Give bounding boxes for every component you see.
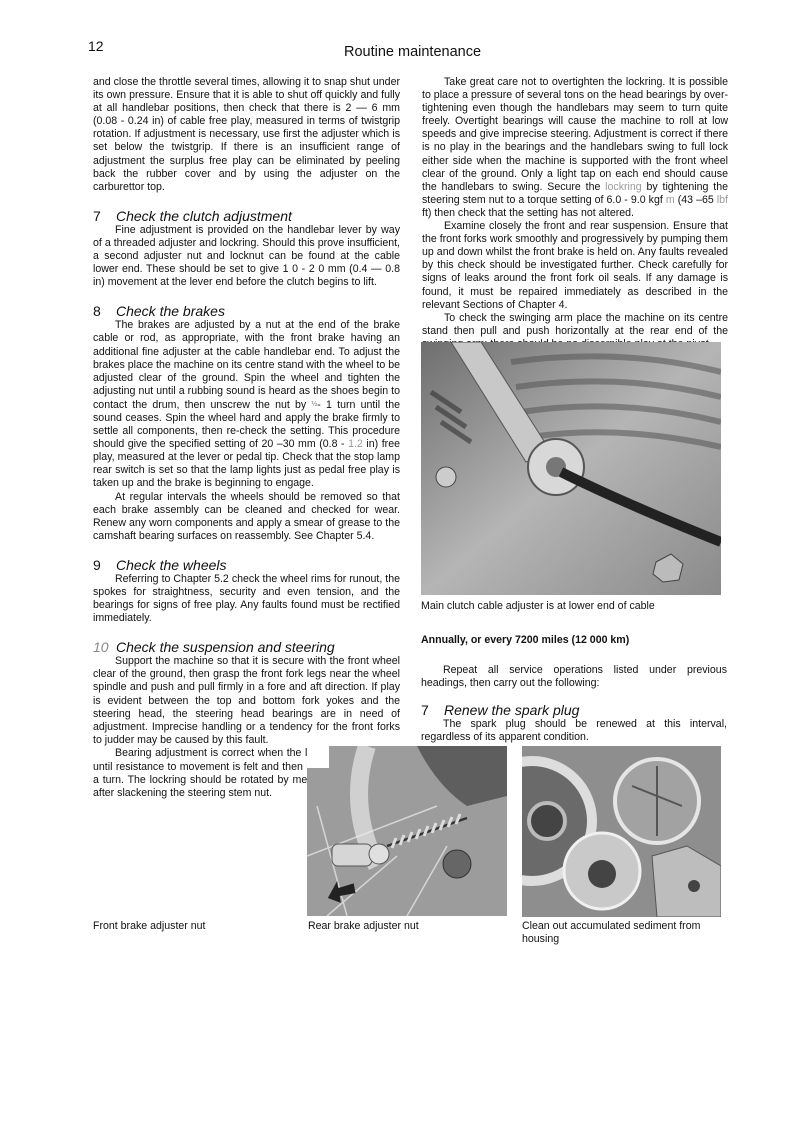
page-number: 12 xyxy=(88,38,104,54)
rear-brake-illustration xyxy=(307,746,507,916)
paragraph: Examine closely the front and rear suspe… xyxy=(422,220,728,312)
section-title: Check the wheels xyxy=(116,557,227,573)
section-title: Check the clutch adjustment xyxy=(116,208,292,224)
paragraph: Referring to Chapter 5.2 check the wheel… xyxy=(93,573,400,625)
section-title: Check the suspension and steering xyxy=(116,639,335,655)
figure-rear-brake-photo xyxy=(307,746,507,916)
section-title: Renew the spark plug xyxy=(444,702,579,718)
figure-caption-front-brake: Front brake adjuster nut xyxy=(93,920,205,933)
section-heading-clutch: 7Check the clutch adjustment xyxy=(93,208,400,224)
figure-caption-clutch: Main clutch cable adjuster is at lower e… xyxy=(421,600,655,613)
figure-housing-photo xyxy=(522,746,721,917)
engine-photo-illustration xyxy=(421,342,721,595)
section-heading-suspension: 10Check the suspension and steering xyxy=(93,639,400,655)
section-heading-wheels: 9Check the wheels xyxy=(93,557,400,573)
paragraph: The spark plug should be renewed at this… xyxy=(421,718,727,744)
section-number: 8 xyxy=(93,303,116,319)
left-column: and close the throttle several times, al… xyxy=(93,76,400,800)
figure-caption-rear-brake: Rear brake adjuster nut xyxy=(308,920,419,933)
interval-heading: Annually, or every 7200 miles (12 000 km… xyxy=(421,634,629,647)
right-column: Take great care not to overtighten the l… xyxy=(422,76,728,351)
paragraph: Fine adjustment is provided on the handl… xyxy=(93,224,400,289)
section-number: 7 xyxy=(93,208,116,224)
running-head: Routine maintenance xyxy=(344,44,481,60)
figure-clutch-adjuster-photo xyxy=(421,342,721,595)
figure-caption-housing: Clean out accumulated sediment from hous… xyxy=(522,920,727,946)
housing-illustration xyxy=(522,746,721,917)
paragraph: The brakes are adjusted by a nut at the … xyxy=(93,319,400,490)
section-number: 7 xyxy=(421,702,444,718)
section-heading-brakes: 8Check the brakes xyxy=(93,303,400,319)
paragraph: At regular intervals the wheels should b… xyxy=(93,491,400,543)
section-number: 10 xyxy=(93,639,116,655)
interval-intro: Repeat all service operations listed und… xyxy=(421,664,727,744)
section-number: 9 xyxy=(93,557,116,573)
paragraph: Take great care not to overtighten the l… xyxy=(422,76,728,220)
section-heading-spark-plug: 7Renew the spark plug xyxy=(421,702,727,718)
intro-paragraph: and close the throttle several times, al… xyxy=(93,76,400,194)
paragraph: Support the machine so that it is secure… xyxy=(93,655,400,747)
section-title: Check the brakes xyxy=(116,303,225,319)
